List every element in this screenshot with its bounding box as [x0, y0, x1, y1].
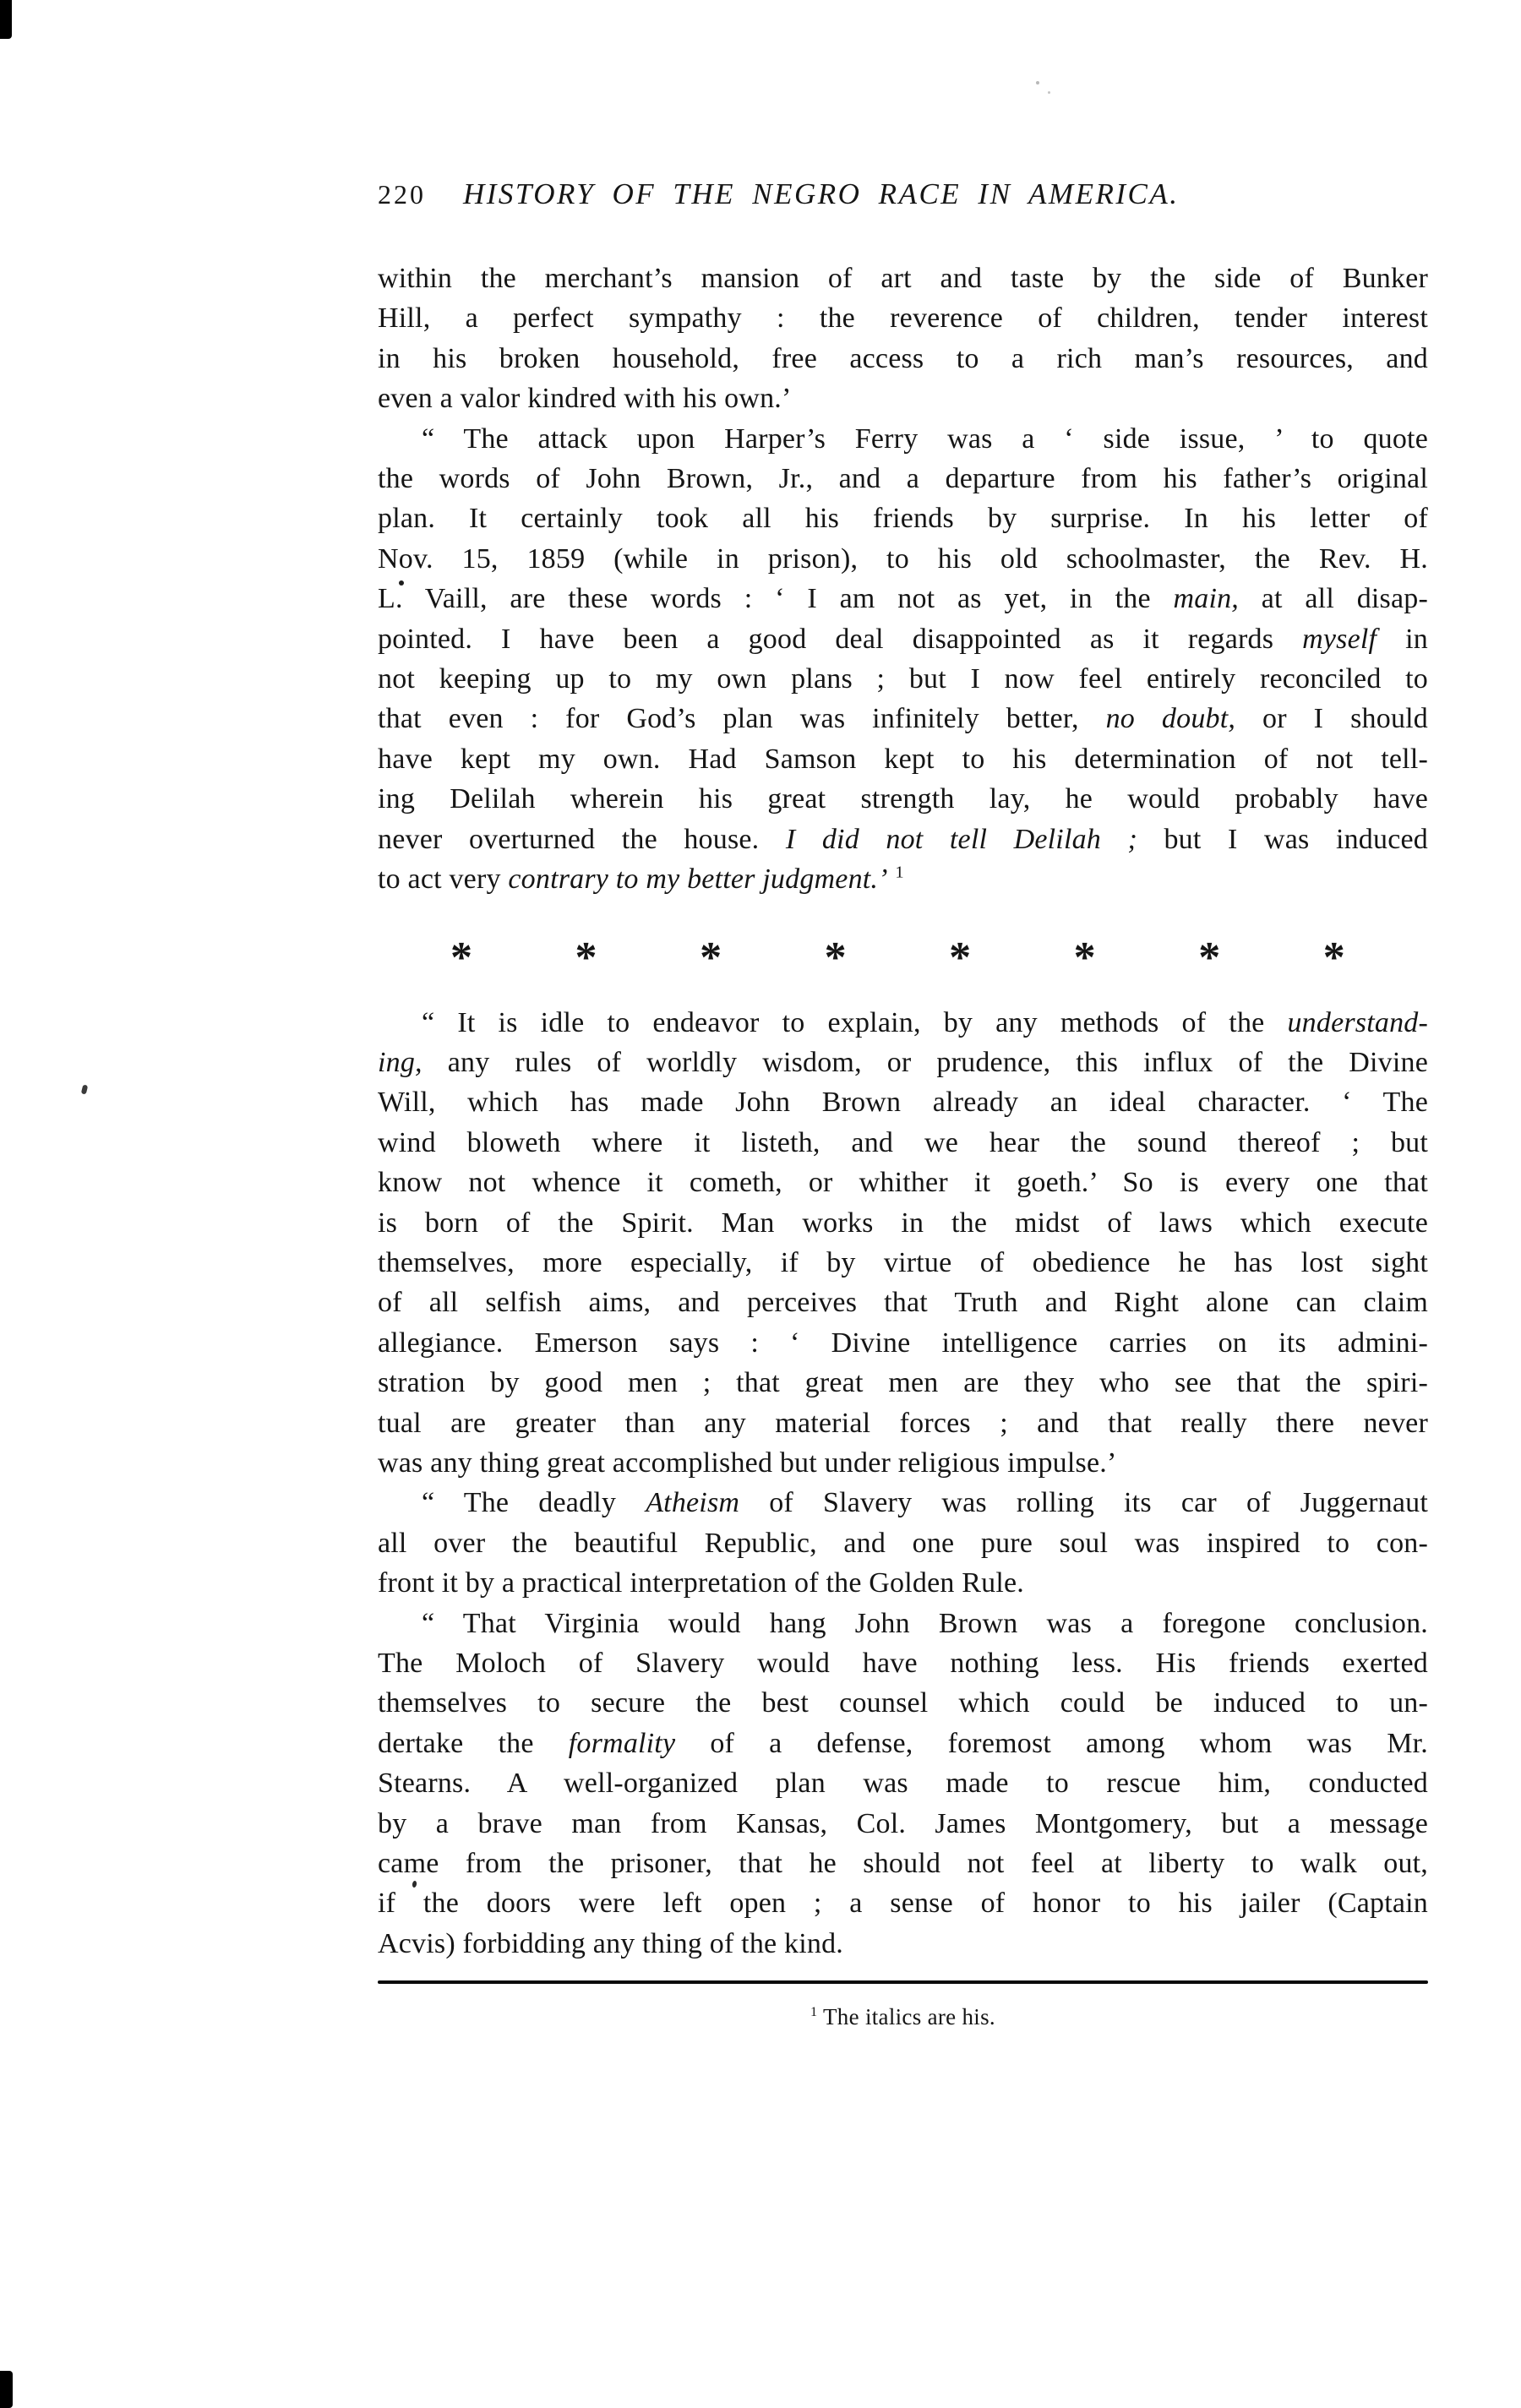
asterisk-glyph: *: [1198, 936, 1220, 980]
asterisk-glyph: *: [700, 936, 722, 980]
text-line: “ The deadly Atheism of Slavery was roll…: [378, 1483, 1428, 1523]
text-line: “ The attack upon Harper’s Ferry was a ‘…: [378, 419, 1428, 459]
text-segment: if the doors were left open ; a sense of…: [378, 1888, 1428, 1919]
text-line: ing Delilah wherein his great strength l…: [378, 779, 1428, 819]
text-line: within the merchant’s mansion of art and…: [378, 259, 1428, 298]
text-segment: even a valor kindred with his own.’: [378, 383, 792, 414]
page-number: 220: [378, 179, 426, 210]
text-line: ing, any rules of worldly wisdom, or pru…: [378, 1043, 1428, 1082]
asterisk-glyph: *: [949, 936, 971, 980]
footnote-text: The italics are his.: [823, 2004, 995, 2029]
footnote-reference: 1: [895, 864, 903, 882]
text-segment: Atheism: [646, 1487, 739, 1518]
text-line: have kept my own. Had Samson kept to his…: [378, 739, 1428, 779]
text-line: Hill, a perfect sympathy : the reverence…: [378, 298, 1428, 338]
text-line: Stearns. A well-organized plan was made …: [378, 1763, 1428, 1803]
asterisk-glyph: *: [1074, 936, 1096, 980]
text-segment: but I was induced: [1137, 824, 1428, 855]
text-segment: or I should: [1235, 703, 1428, 734]
text-line: even a valor kindred with his own.’: [378, 379, 1428, 418]
text-segment: not keeping up to my own plans ; but I n…: [378, 663, 1428, 695]
text-segment: ing Delilah wherein his great strength l…: [378, 783, 1428, 814]
text-segment: came from the prisoner, that he should n…: [378, 1848, 1428, 1879]
text-segment: ing,: [378, 1047, 422, 1078]
text-segment: of a defense, foremost among whom was Mr…: [675, 1728, 1428, 1759]
text-line: The Moloch of Slavery would have nothing…: [378, 1643, 1428, 1683]
text-line: never overturned the house. I did not te…: [378, 820, 1428, 859]
body-text: within the merchant’s mansion of art and…: [378, 259, 1428, 1964]
text-segment: Stearns. A well-organized plan was made …: [378, 1768, 1428, 1799]
text-segment: Will, which has made John Brown already …: [378, 1087, 1428, 1118]
text-segment: Hill, a perfect sympathy : the reverence…: [378, 302, 1428, 334]
text-line: themselves to secure the best counsel wh…: [378, 1683, 1428, 1723]
text-segment: front it by a practical interpretation o…: [378, 1567, 1024, 1599]
text-segment: wind bloweth where it listeth, and we he…: [378, 1127, 1428, 1158]
text-segment: tual are greater than any material force…: [378, 1408, 1428, 1439]
text-segment: Acvis) forbidding any thing of the kind.: [378, 1928, 843, 1959]
text-segment: The Moloch of Slavery would have nothing…: [378, 1648, 1428, 1679]
text-segment: was any thing great accomplished but und…: [378, 1447, 1116, 1479]
asterisk-glyph: *: [1323, 936, 1345, 980]
text-segment: to act very: [378, 864, 508, 895]
book-page: 220 HISTORY OF THE NEGRO RACE IN AMERICA…: [0, 0, 1521, 2408]
text-segment: “ The deadly: [422, 1487, 646, 1518]
text-line: pointed. I have been a good deal disappo…: [378, 619, 1428, 659]
text-line: Nov. 15, 1859 (while in prison), to his …: [378, 539, 1428, 579]
text-segment: the words of John Brown, Jr., and a depa…: [378, 463, 1428, 494]
text-segment: Nov. 15, 1859 (while in prison), to his …: [378, 543, 1428, 575]
text-line: the words of John Brown, Jr., and a depa…: [378, 459, 1428, 498]
text-segment: stration by good men ; that great men ar…: [378, 1367, 1428, 1398]
text-line: by a brave man from Kansas, Col. James M…: [378, 1804, 1428, 1844]
text-segment: allegiance. Emerson says : ‘ Divine inte…: [378, 1327, 1428, 1359]
text-line: know not whence it cometh, or whither it…: [378, 1163, 1428, 1202]
text-segment: understand-: [1287, 1007, 1428, 1038]
text-segment: pointed. I have been a good deal disappo…: [378, 624, 1302, 655]
asterisk-glyph: *: [575, 936, 597, 980]
text-segment: know not whence it cometh, or whither it…: [378, 1167, 1428, 1198]
text-line: Will, which has made John Brown already …: [378, 1082, 1428, 1122]
text-line: not keeping up to my own plans ; but I n…: [378, 659, 1428, 699]
section-break-asterisks: ********: [378, 900, 1428, 1003]
text-segment: L. Vaill, are these words : ‘ I am not a…: [378, 583, 1173, 614]
text-segment: “ That Virginia would hang John Brown wa…: [422, 1608, 1428, 1639]
text-segment: is born of the Spirit. Man works in the …: [378, 1207, 1428, 1239]
text-line: in his broken household, free access to …: [378, 339, 1428, 379]
text-segment: “ The attack upon Harper’s Ferry was a ‘…: [422, 423, 1428, 455]
text-segment: never overturned the house.: [378, 824, 786, 855]
page-title: HISTORY OF THE NEGRO RACE IN AMERICA.: [463, 177, 1179, 211]
text-segment: I did not tell Delilah ;: [786, 824, 1137, 855]
footnote-rule: [378, 1980, 1428, 1984]
text-segment: “ It is idle to endeavor to explain, by …: [422, 1007, 1287, 1038]
scan-speck: [1036, 81, 1039, 84]
text-line: “ It is idle to endeavor to explain, by …: [378, 1003, 1428, 1043]
text-line: tual are greater than any material force…: [378, 1403, 1428, 1443]
text-segment: in his broken household, free access to …: [378, 343, 1428, 374]
asterisk-glyph: *: [825, 936, 847, 980]
text-line: was any thing great accomplished but und…: [378, 1443, 1428, 1483]
footnote-marker: 1: [810, 2004, 817, 2019]
text-segment: at all disap-: [1239, 583, 1428, 614]
text-segment: by a brave man from Kansas, Col. James M…: [378, 1808, 1428, 1839]
text-line: wind bloweth where it listeth, and we he…: [378, 1123, 1428, 1163]
text-segment: have kept my own. Had Samson kept to his…: [378, 744, 1428, 775]
text-line: front it by a practical interpretation o…: [378, 1563, 1428, 1603]
text-segment: no doubt,: [1106, 703, 1235, 734]
text-line: if the doors were left open ; a sense of…: [378, 1883, 1428, 1923]
text-segment: myself: [1302, 624, 1377, 655]
text-line: Acvis) forbidding any thing of the kind.: [378, 1924, 1428, 1964]
text-segment: plan. It certainly took all his friends …: [378, 503, 1428, 534]
text-line: allegiance. Emerson says : ‘ Divine inte…: [378, 1323, 1428, 1363]
asterisk-glyph: *: [450, 936, 472, 980]
scan-speck: [81, 1084, 88, 1094]
text-line: is born of the Spirit. Man works in the …: [378, 1203, 1428, 1243]
text-segment: themselves, more especially, if by virtu…: [378, 1247, 1428, 1278]
text-segment: main,: [1173, 583, 1239, 614]
scan-artifact-bottom-left: [0, 2371, 13, 2408]
footnote: 1 The italics are his.: [378, 2004, 1428, 2030]
text-segment: themselves to secure the best counsel wh…: [378, 1687, 1428, 1719]
text-line: dertake the formality of a defense, fore…: [378, 1724, 1428, 1763]
text-line: came from the prisoner, that he should n…: [378, 1844, 1428, 1883]
text-line: stration by good men ; that great men ar…: [378, 1363, 1428, 1403]
text-segment: of Slavery was rolling its car of Jugger…: [739, 1487, 1428, 1518]
text-segment: all over the beautiful Republic, and one…: [378, 1528, 1428, 1559]
text-line: “ That Virginia would hang John Brown wa…: [378, 1604, 1428, 1643]
running-head: 220 HISTORY OF THE NEGRO RACE IN AMERICA…: [378, 177, 1428, 211]
scan-speck: [1048, 91, 1050, 94]
text-line: all over the beautiful Republic, and one…: [378, 1523, 1428, 1563]
text-line: to act very contrary to my better judgme…: [378, 859, 1428, 899]
text-segment: in: [1377, 624, 1428, 655]
text-segment: within the merchant’s mansion of art and…: [378, 263, 1428, 294]
text-line: that even : for God’s plan was infinitel…: [378, 699, 1428, 738]
text-segment: contrary to my better judgment.’: [508, 864, 887, 895]
text-segment: formality: [569, 1728, 675, 1759]
text-line: plan. It certainly took all his friends …: [378, 498, 1428, 538]
text-line: themselves, more especially, if by virtu…: [378, 1243, 1428, 1283]
text-line: L. Vaill, are these words : ‘ I am not a…: [378, 579, 1428, 618]
text-segment: of all selfish aims, and perceives that …: [378, 1287, 1428, 1318]
text-segment: that even : for God’s plan was infinitel…: [378, 703, 1106, 734]
scan-artifact-top-left: [0, 0, 12, 39]
text-line: of all selfish aims, and perceives that …: [378, 1283, 1428, 1322]
text-segment: dertake the: [378, 1728, 569, 1759]
text-segment: any rules of worldly wisdom, or prudence…: [422, 1047, 1428, 1078]
